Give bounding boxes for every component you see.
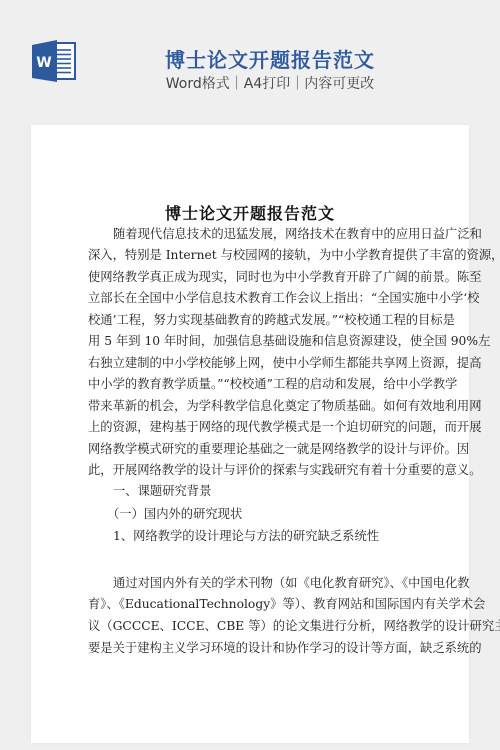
paragraph-line: 上的资源，建构基于网络的现代教学模式是一个迫切研究的问题，而开展	[88, 419, 415, 435]
paragraph-line: 使网络教学真正成为现实，同时也为中小学教育开辟了广阔的前景。陈至	[88, 269, 415, 285]
paragraph-line: 带来革新的机会，为学科教学信息化奠定了物质基础。如何有效地利用网	[88, 398, 415, 414]
paragraph-line: 右独立建制的中小学校能够上网，使中小学师生都能共享网上资源，提高	[88, 355, 415, 371]
header-subtitle: Word格式｜A4打印｜内容可更改	[0, 73, 500, 93]
paragraph-line: 网络教学模式研究的重要理论基础之一就是网络教学的设计与评价。因	[88, 441, 415, 457]
paragraph-line: 此，开展网络教学的设计与评价的探索与实践研究有着十分重要的意义。	[88, 462, 415, 478]
paragraph-line: 议（GCCCE、ICCE、CBE 等）的论文集进行分析，网络教学的设计研究主	[88, 618, 415, 634]
paragraph-line: 育》、《EducationalTechnology》等）、教育网站和国际国内有关…	[88, 596, 415, 612]
section-heading: 一、课题研究背景	[113, 483, 211, 499]
document-page: 博士论文开题报告范文 随着现代信息技术的迅猛发展，网络技术在教育中的应用日益广泛…	[31, 125, 469, 743]
paragraph-line: 要是关于建构主义学习环境的设计和协作学习的设计等方面，缺乏系统的	[88, 640, 415, 656]
paragraph-line: 中小学的教育教学质量。”“校校通”工程的启动和发展，给中小学教学	[88, 376, 415, 392]
paragraph-line: 通过对国内外有关的学术刊物（如《电化教育研究》、《中国电化教	[113, 575, 415, 591]
header-title: 博士论文开题报告范文	[0, 44, 500, 73]
paragraph-line: 深入，特别是 Internet 与校园网的接轨，为中小学教育提供了丰富的资源，	[88, 247, 415, 263]
sub-subsection-heading: 1、网络教学的设计理论与方法的研究缺乏系统性	[113, 528, 379, 544]
paragraph-line: 随着现代信息技术的迅猛发展，网络技术在教育中的应用日益广泛和	[113, 226, 415, 242]
document-title: 博士论文开题报告范文	[31, 201, 469, 224]
paragraph-line: 立部长在全国中小学信息技术教育工作会议上指出：“全国实施中小学‘校	[88, 290, 415, 306]
subsection-heading: （一）国内外的研究现状	[107, 506, 242, 522]
paragraph-line: 用 5 年到 10 年时间，加强信息基础设施和信息资源建设，使全国 90%左	[88, 333, 415, 349]
paragraph-line: 校通’工程，努力实现基础教育的跨越式发展。”“校校通工程的目标是	[88, 312, 415, 328]
